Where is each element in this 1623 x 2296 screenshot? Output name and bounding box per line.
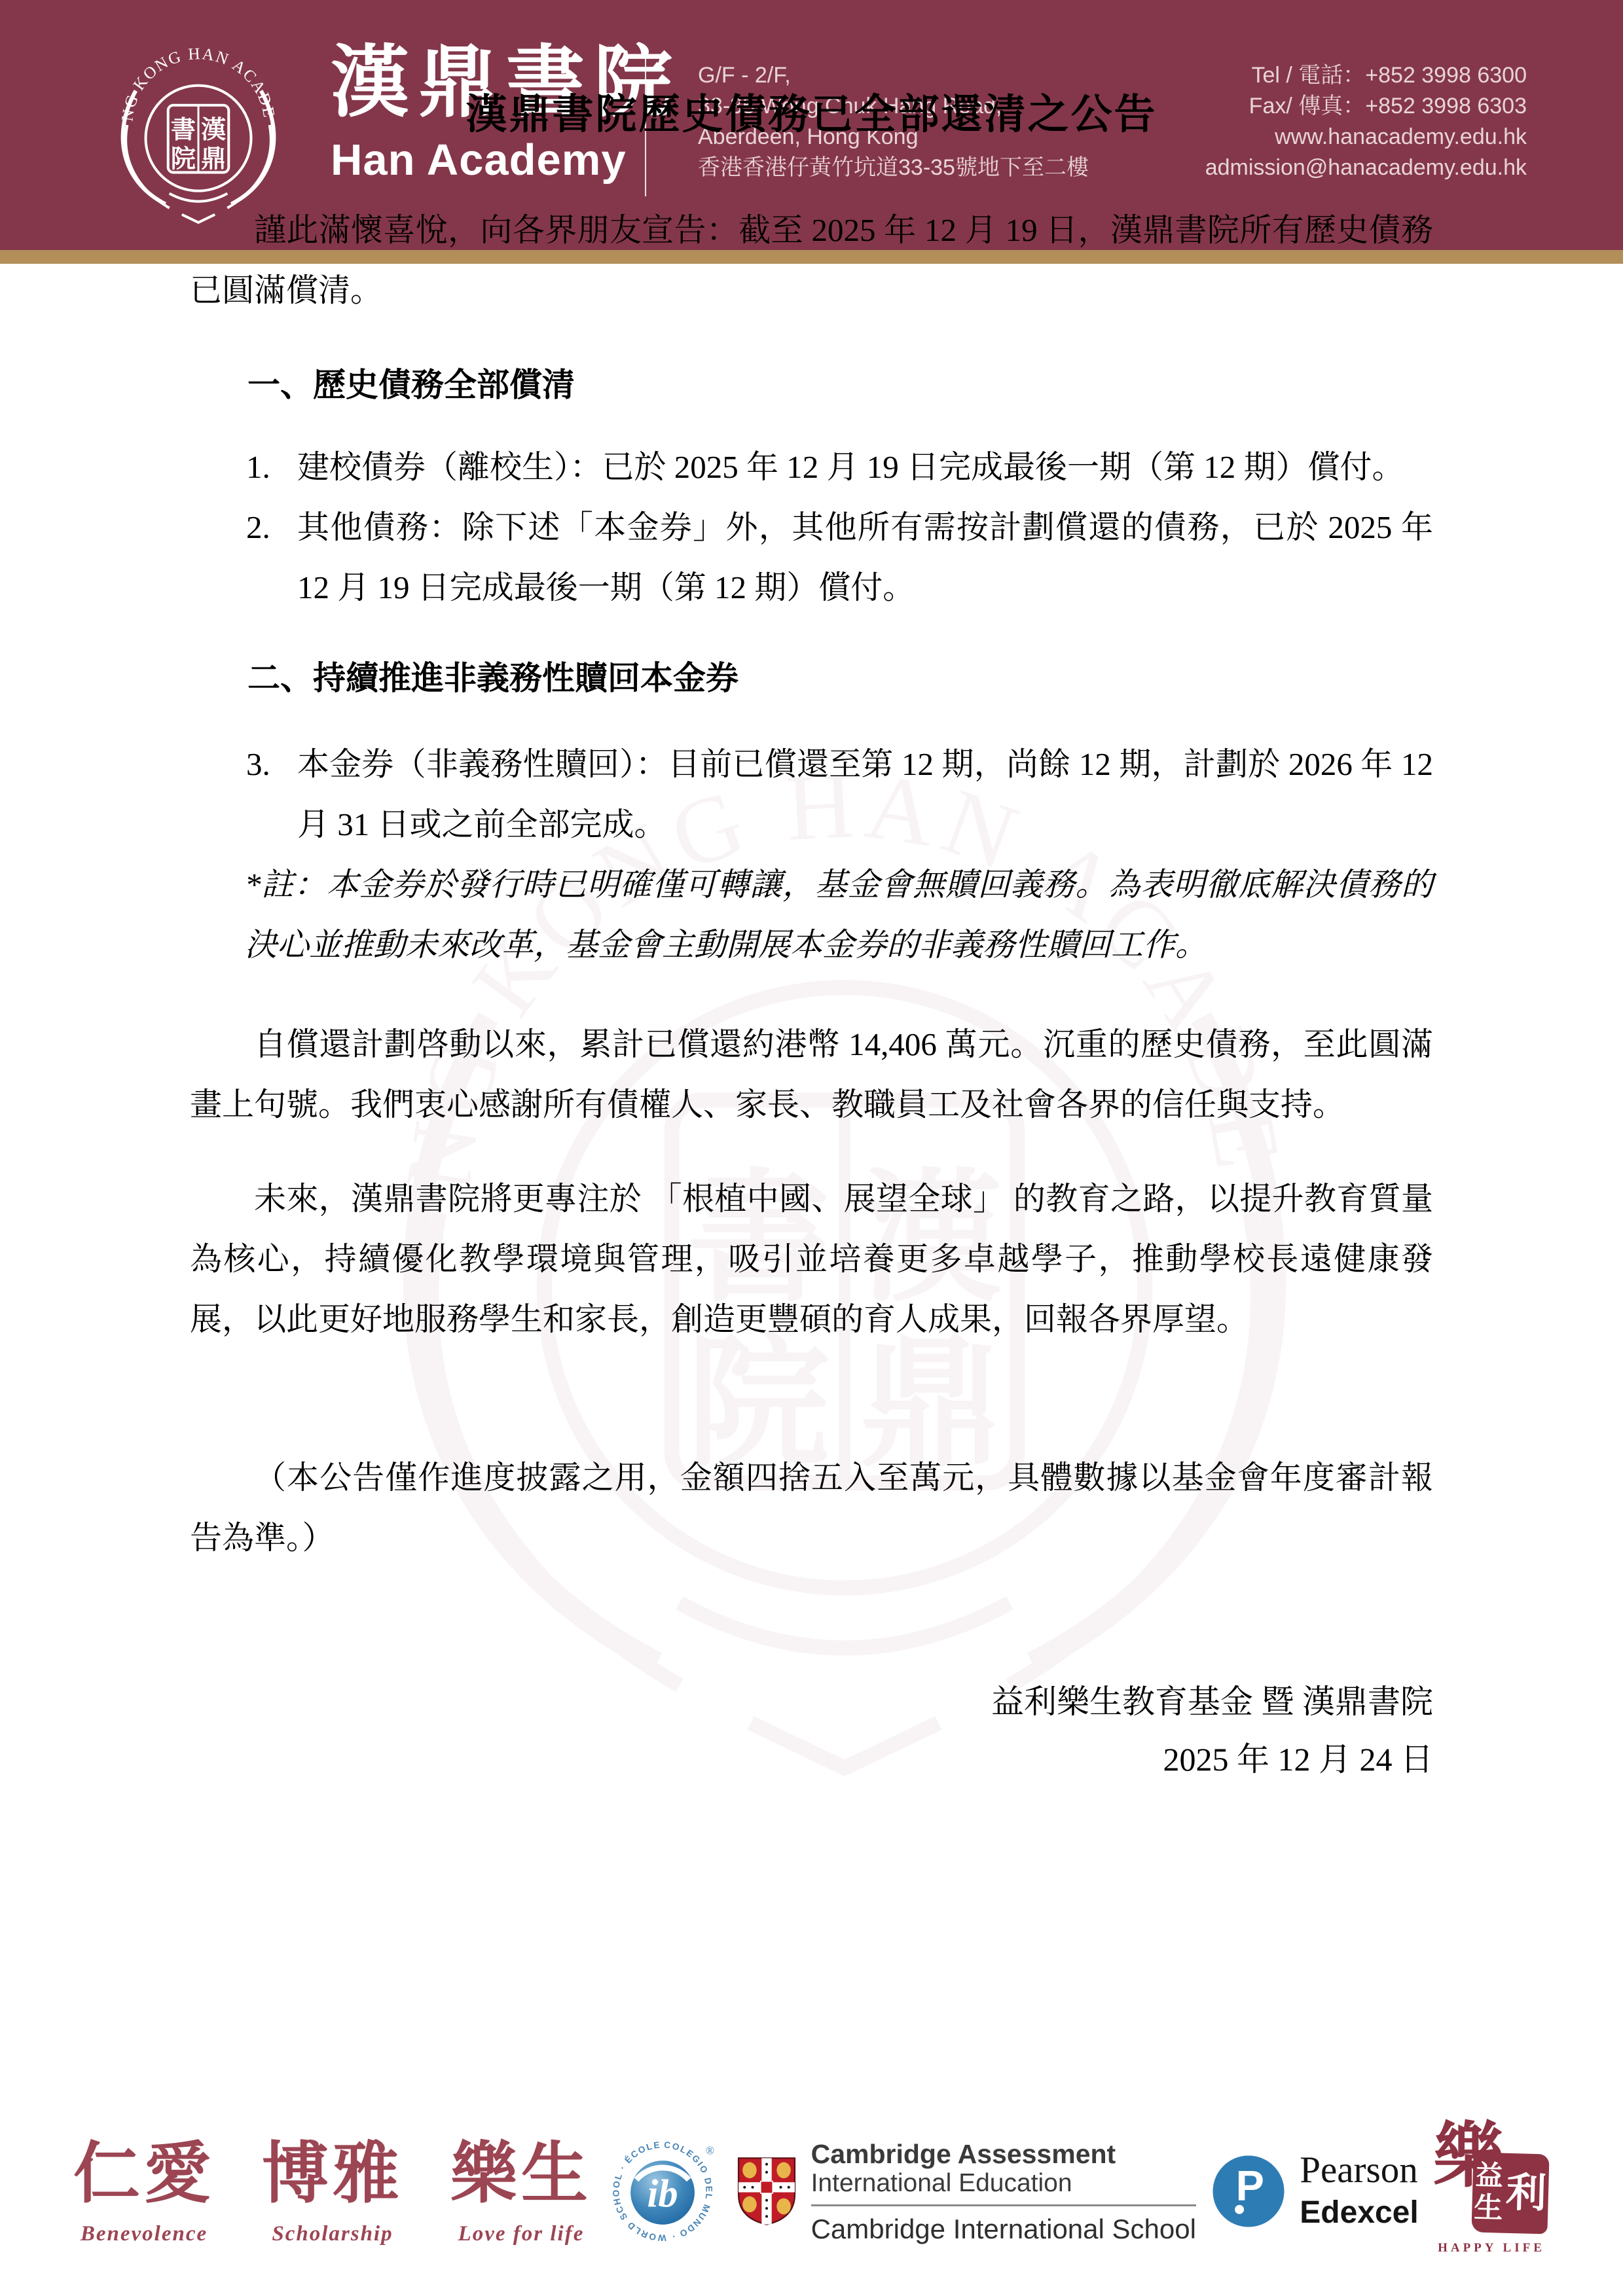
pearson-p-glyph: P (1236, 2162, 1264, 2210)
list-item-text: 建校債券（離校生）：已於 2025 年 12 月 19 日完成最後一期（第 12… (297, 437, 1433, 497)
tel-line: Tel / 電話：+852 3998 6300 (1205, 60, 1527, 91)
footer-logo-row: 仁愛 Benevolence 博雅 Scholarship 樂生 Love fo… (73, 2113, 1550, 2270)
cambridge-line1: Cambridge Assessment (811, 2139, 1196, 2169)
repayment-paragraph: 自償還計劃啓動以來，累計已償還約港幣 14,406 萬元。沉重的歷史債務，至此圓… (190, 1014, 1433, 1135)
announcement-page: HONG KONG HAN ACADEMY 書 漢 院 鼎 漢鼎書院 Han A… (0, 0, 1623, 2296)
list-item: 2. 其他債務：除下述「本金券」外，其他所有需按計劃償還的債務，已於 2025 … (246, 497, 1433, 618)
motto-en: Scholarship (262, 2222, 403, 2246)
motto-zh: 樂生 (450, 2137, 592, 2213)
address-line: G/F - 2/F, (698, 60, 1089, 91)
list-item-text: 其他債務：除下述「本金券」外，其他所有需按計劃償還的債務，已於 2025 年 1… (297, 497, 1433, 618)
cambridge-logo-block: Cambridge Assessment International Educa… (737, 2139, 1196, 2244)
motto-en: Love for life (450, 2222, 592, 2246)
list-item-text: 本金券（非義務性贖回）：目前已償還至第 12 期，尚餘 12 期，計劃於 202… (297, 734, 1433, 855)
seal-stamp: 益 生 利 (1471, 2153, 1549, 2234)
date-line: 2025 年 12 月 24 日 (190, 1731, 1433, 1788)
motto-love-for-life: 樂生 Love for life (450, 2137, 592, 2246)
page-title: 漢鼎書院歷史債務已全部還清之公告 (190, 92, 1433, 137)
seal-char-right: 利 (1505, 2173, 1547, 2215)
signature-block: 益利樂生教育基金 暨 漢鼎書院 2025 年 12 月 24 日 (190, 1673, 1433, 1788)
section2-heading: 二、持續推進非義務性贖回本金券 (247, 648, 1433, 708)
list-item-number: 3. (246, 734, 297, 855)
pearson-circle-icon: P (1211, 2153, 1286, 2229)
pearson-logo-block: P Pearson Edexcel (1211, 2151, 1418, 2232)
cambridge-divider (811, 2204, 1196, 2206)
pearson-name: Pearson (1300, 2151, 1418, 2190)
signature-line: 益利樂生教育基金 暨 漢鼎書院 (190, 1673, 1433, 1731)
list-item-number: 1. (246, 437, 297, 497)
list-item-number: 2. (246, 497, 297, 618)
motto-en: Benevolence (73, 2222, 215, 2246)
motto-benevolence: 仁愛 Benevolence (73, 2137, 215, 2246)
happy-life-seal-icon: 樂 益 生 利 HAPPY LIFE (1433, 2127, 1550, 2255)
list-item: 3. 本金券（非義務性贖回）：目前已償還至第 12 期，尚餘 12 期，計劃於 … (246, 734, 1433, 855)
intro-paragraph: 謹此滿懷喜悅，向各界朋友宣告：截至 2025 年 12 月 19 日，漢鼎書院所… (190, 200, 1433, 321)
cambridge-line2: International Education (811, 2169, 1196, 2198)
seal-char-top: 益 (1475, 2162, 1503, 2191)
motto-zh: 仁愛 (73, 2137, 215, 2213)
disclaimer-paragraph: （本公告僅作進度披露之用，金額四捨五入至萬元，具體數據以基金會年度審計報告為準。… (190, 1448, 1433, 1568)
motto-zh: 博雅 (262, 2137, 403, 2213)
cambridge-shield-icon (737, 2156, 797, 2227)
cambridge-text-block: Cambridge Assessment International Educa… (811, 2139, 1196, 2244)
section1-heading: 一、歷史債務全部償清 (247, 355, 1433, 415)
cambridge-line3: Cambridge International School (811, 2214, 1196, 2244)
future-paragraph: 未來，漢鼎書院將更專注於 「根植中國、展望全球」 的教育之路，以提升教育質量為核… (190, 1169, 1433, 1350)
motto-scholarship: 博雅 Scholarship (262, 2137, 403, 2246)
ib-center-text: ib (647, 2172, 678, 2215)
ib-world-school-logo-icon: COLEGIO DEL MUNDO · WORLD SCHOOL · ÉCOLE… (606, 2134, 721, 2249)
school-mottos: 仁愛 Benevolence 博雅 Scholarship 樂生 Love fo… (73, 2137, 592, 2246)
pearson-sub: Edexcel (1300, 2194, 1418, 2232)
registered-mark: ® (706, 2144, 714, 2157)
happy-life-caption: HAPPY LIFE (1433, 2241, 1550, 2255)
seal-char-bottom: 生 (1474, 2194, 1503, 2223)
announcement-body: 漢鼎書院歷史債務已全部還清之公告 謹此滿懷喜悅，向各界朋友宣告：截至 2025 … (0, 92, 1623, 1788)
list-item: 1. 建校債券（離校生）：已於 2025 年 12 月 19 日完成最後一期（第… (246, 437, 1433, 497)
footnote-paragraph: *註：本金券於發行時已明確僅可轉讓，基金會無贖回義務。為表明徹底解決債務的決心並… (245, 855, 1433, 975)
pearson-text-block: Pearson Edexcel (1300, 2151, 1418, 2232)
